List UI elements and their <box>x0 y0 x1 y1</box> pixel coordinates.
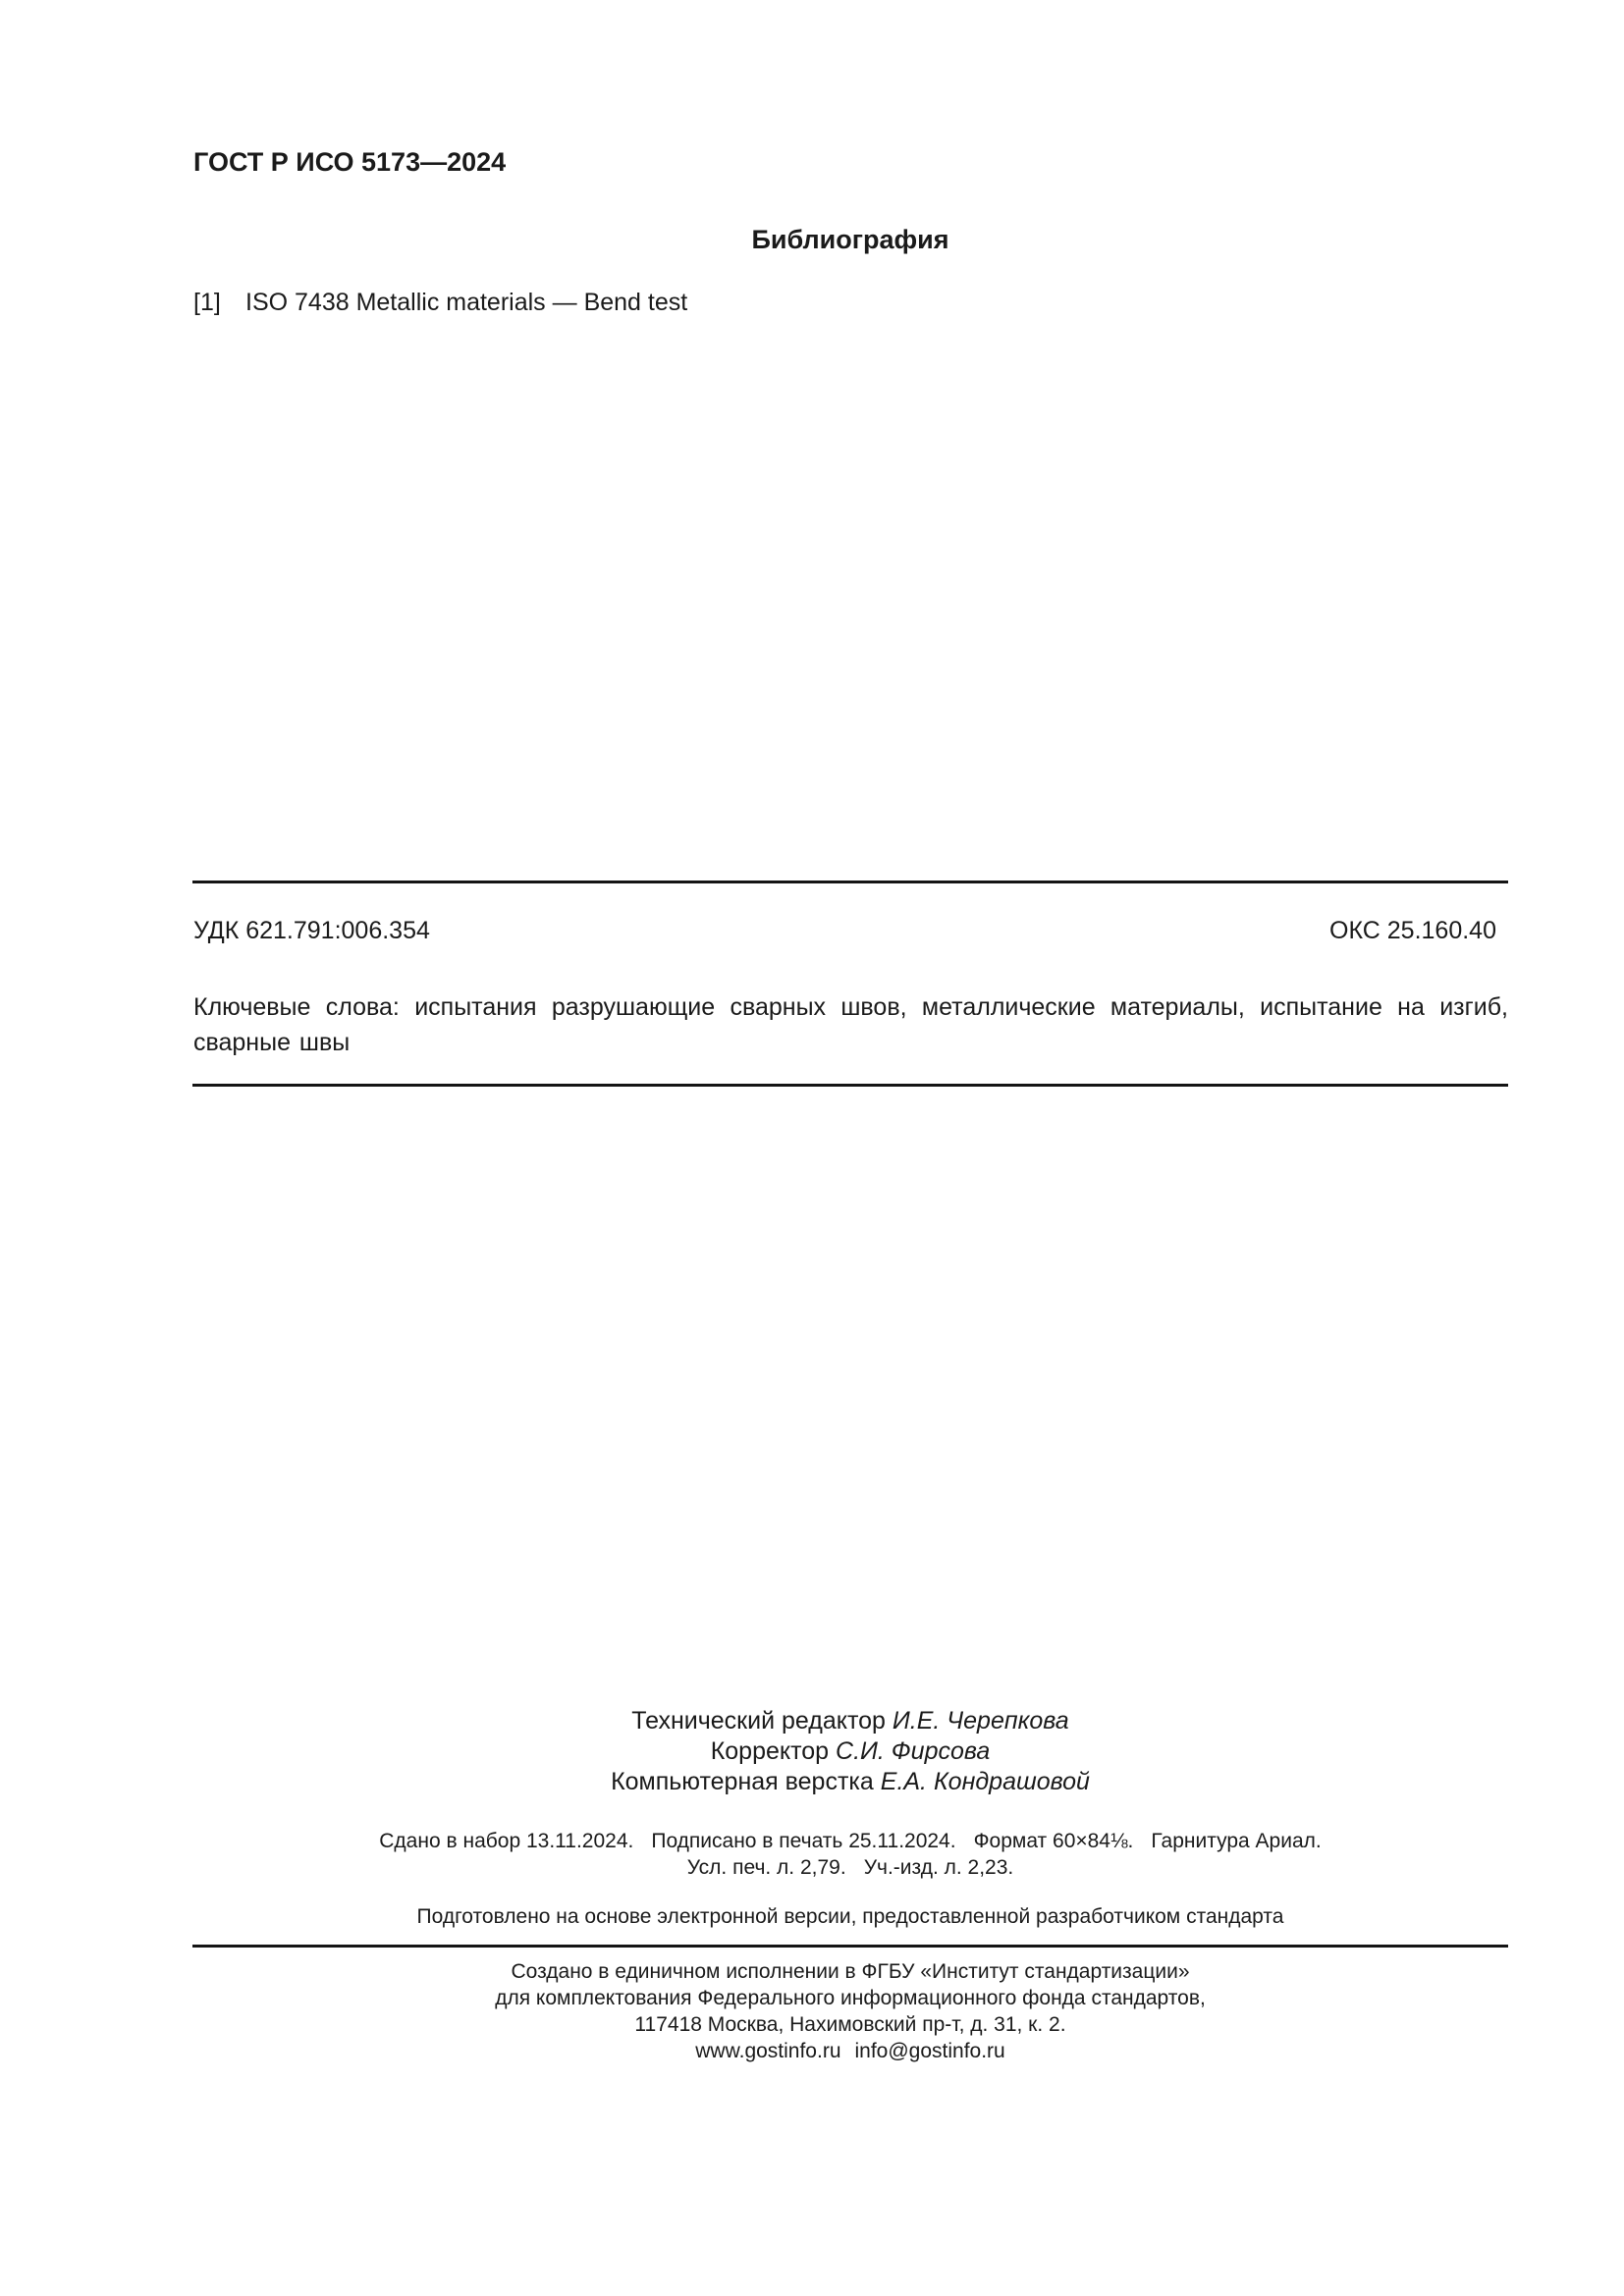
imprint-print-sheets: Усл. печ. л. 2,79. <box>687 1856 846 1879</box>
imprint-signed: Подписано в печать 25.11.2024. <box>651 1830 955 1852</box>
imprint-format: Формат 60×84⅛. <box>974 1830 1134 1852</box>
imprint-submitted: Сдано в набор 13.11.2024. <box>379 1830 633 1852</box>
credit-corrector: Корректор С.И. Фирсова <box>0 1736 1624 1767</box>
bibliography-title: Библиография <box>0 225 1624 255</box>
publisher-line-2: для комплектования Федерального информац… <box>0 1985 1624 2011</box>
credits: Технический редактор И.Е. Черепкова Корр… <box>0 1706 1624 1797</box>
bibliography-entry: [1]ISO 7438 Metallic materials — Bend te… <box>193 289 687 317</box>
credit-technical-editor: Технический редактор И.Е. Черепкова <box>0 1706 1624 1736</box>
imprint: Сдано в набор 13.11.2024.Подписано в печ… <box>0 1828 1624 1881</box>
divider-top <box>192 881 1508 883</box>
credit-role: Корректор <box>711 1737 829 1765</box>
bibliography-entry-text: ISO 7438 Metallic materials — Bend test <box>245 289 687 316</box>
imprint-line-2: Усл. печ. л. 2,79.Уч.-изд. л. 2,23. <box>0 1854 1624 1881</box>
publisher-website-link[interactable]: www.gostinfo.ru <box>695 2040 840 2062</box>
credit-role: Технический редактор <box>631 1707 886 1735</box>
credit-name: С.И. Фирсова <box>836 1737 990 1765</box>
oks-code: ОКС 25.160.40 <box>1329 917 1496 945</box>
publisher-address: 117418 Москва, Нахимовский пр-т, д. 31, … <box>0 2011 1624 2038</box>
imprint-publisher-sheets: Уч.-изд. л. 2,23. <box>864 1856 1014 1879</box>
publisher-line-1: Создано в единичном исполнении в ФГБУ «И… <box>0 1958 1624 1985</box>
divider-middle <box>192 1084 1508 1087</box>
imprint-typeface: Гарнитура Ариал. <box>1151 1830 1321 1852</box>
publisher-info: Создано в единичном исполнении в ФГБУ «И… <box>0 1958 1624 2064</box>
prepared-note: Подготовлено на основе электронной верси… <box>0 1905 1624 1929</box>
imprint-line-1: Сдано в набор 13.11.2024.Подписано в печ… <box>0 1828 1624 1854</box>
divider-footer <box>192 1945 1508 1948</box>
publisher-email-link[interactable]: info@gostinfo.ru <box>855 2040 1005 2062</box>
udk-code: УДК 621.791:006.354 <box>193 917 430 945</box>
credit-role: Компьютерная верстка <box>611 1768 874 1795</box>
credit-name: И.Е. Черепкова <box>893 1707 1069 1735</box>
publisher-contacts: www.gostinfo.ruinfo@gostinfo.ru <box>0 2038 1624 2064</box>
bibliography-entry-number: [1] <box>193 289 245 317</box>
keywords: Ключевые слова: испытания разрушающие св… <box>193 989 1508 1060</box>
document-code: ГОСТ Р ИСО 5173—2024 <box>193 147 506 178</box>
credit-layout: Компьютерная верстка Е.А. Кондрашовой <box>0 1767 1624 1797</box>
credit-name: Е.А. Кондрашовой <box>881 1768 1090 1795</box>
